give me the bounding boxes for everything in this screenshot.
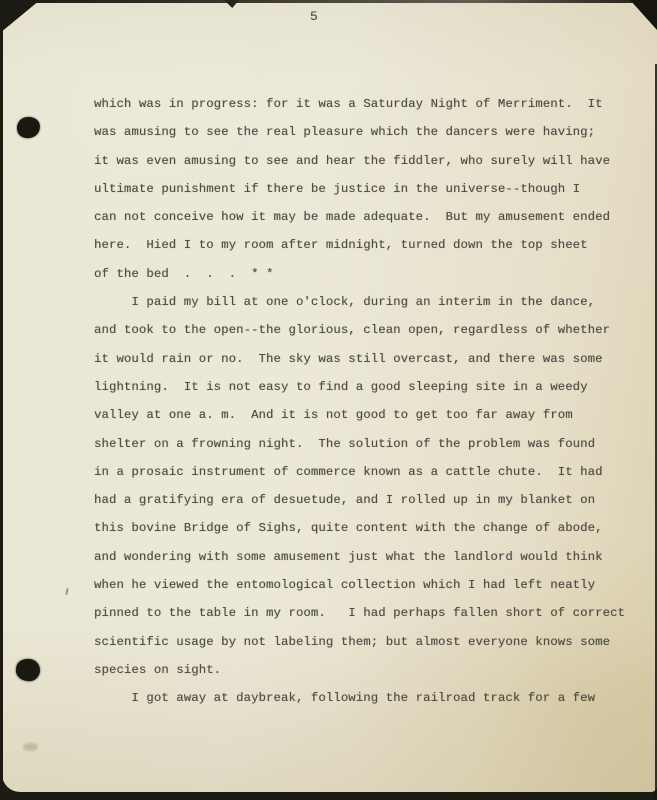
paper-sheet: 5 which was in progress: for it was a Sa… xyxy=(2,0,657,792)
text-line: I got away at daybreak, following the ra… xyxy=(94,684,624,712)
page-number: 5 xyxy=(310,9,318,24)
text-line: ultimate punishment if there be justice … xyxy=(94,175,624,203)
text-line: here. Hied I to my room after midnight, … xyxy=(94,231,624,259)
stray-pen-mark xyxy=(65,588,68,595)
text-line: can not conceive how it may be made adeq… xyxy=(94,203,624,231)
text-line: I paid my bill at one o'clock, during an… xyxy=(94,288,624,316)
text-line: had a gratifying era of desuetude, and I… xyxy=(94,486,624,514)
paper-smudge xyxy=(23,743,38,751)
text-line: and took to the open--the glorious, clea… xyxy=(94,316,624,344)
text-line: lightning. It is not easy to find a good… xyxy=(94,373,624,401)
text-line: it would rain or no. The sky was still o… xyxy=(94,345,624,373)
text-line: in a prosaic instrument of commerce know… xyxy=(94,458,624,486)
scan-edge-top xyxy=(0,0,657,3)
scanned-typescript-page: 5 which was in progress: for it was a Sa… xyxy=(0,0,657,800)
text-line: pinned to the table in my room. I had pe… xyxy=(94,599,624,627)
typewritten-lines: which was in progress: for it was a Satu… xyxy=(94,90,624,713)
scan-edge-left xyxy=(0,0,3,800)
text-line: when he viewed the entomological collect… xyxy=(94,571,624,599)
text-line: which was in progress: for it was a Satu… xyxy=(94,90,624,118)
text-line: species on sight. xyxy=(94,656,624,684)
text-line: and wondering with some amusement just w… xyxy=(94,543,624,571)
text-line: valley at one a. m. And it is not good t… xyxy=(94,401,624,429)
text-line: shelter on a frowning night. The solutio… xyxy=(94,430,624,458)
text-line: of the bed . . . * * xyxy=(94,260,624,288)
text-line: was amusing to see the real pleasure whi… xyxy=(94,118,624,146)
text-line: scientific usage by not labeling them; b… xyxy=(94,628,624,656)
text-line: it was even amusing to see and hear the … xyxy=(94,147,624,175)
text-line: this bovine Bridge of Sighs, quite conte… xyxy=(94,514,624,542)
